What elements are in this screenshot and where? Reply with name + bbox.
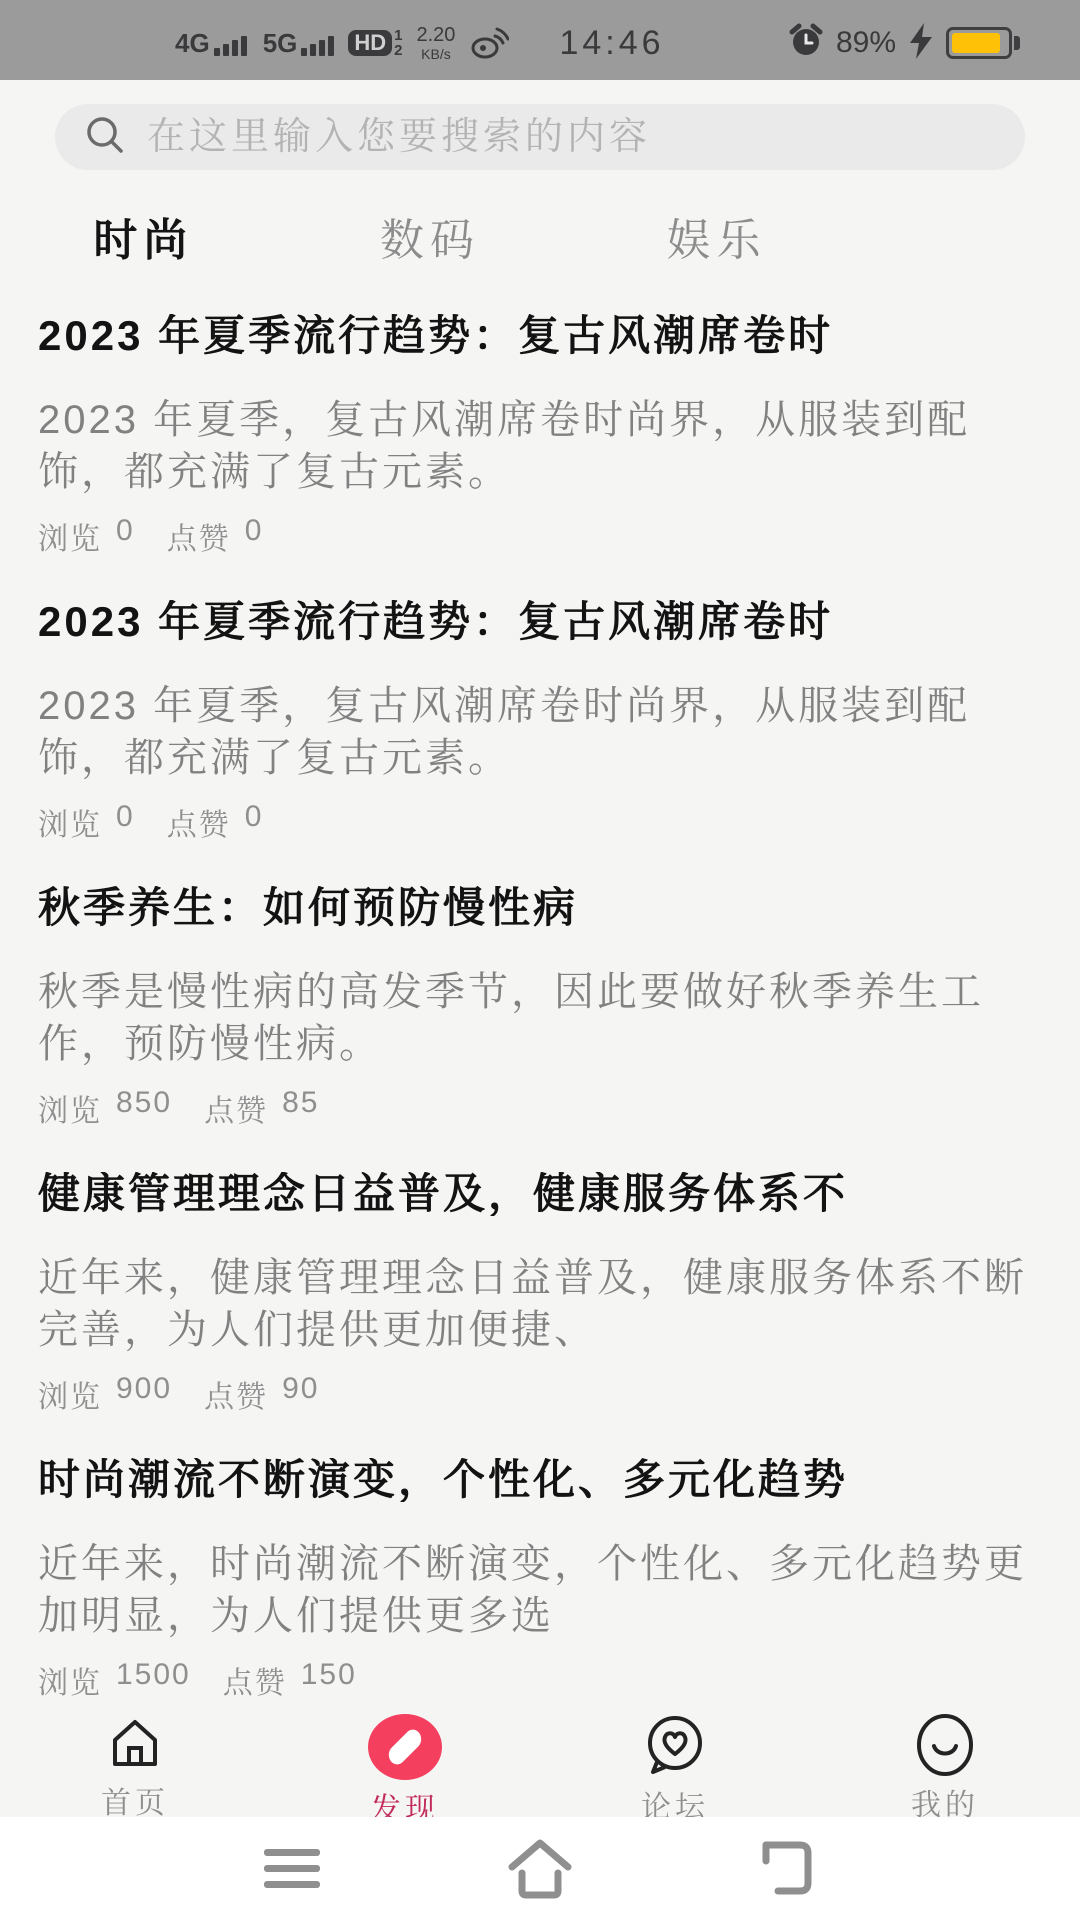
nav-item-discover[interactable]: 发现 [270, 1712, 540, 1817]
article-description: 2023 年夏季，复古风潮席卷时尚界，从服装到配饰，都充满了复古元素。 [38, 680, 1042, 784]
tab-entertainment[interactable]: 娱乐 [573, 204, 860, 268]
views-count: 900 [116, 1372, 172, 1416]
category-tabs: 时尚 数码 娱乐 [0, 204, 860, 268]
search-icon [83, 113, 127, 162]
article-title: 2023 年夏季流行趋势：复古风潮席卷时 [38, 314, 1042, 358]
signal-bars-icon [301, 36, 334, 56]
article-item[interactable]: 时尚潮流不断演变，个性化、多元化趋势 近年来，时尚潮流不断演变，个性化、多元化趋… [38, 1458, 1042, 1702]
article-stats: 浏览0 点赞0 [38, 514, 1042, 558]
status-right-cluster: 89% [788, 23, 1020, 64]
likes-count: 85 [282, 1086, 319, 1130]
hd-volte-icon: HD 1 2 [348, 28, 402, 58]
search-input[interactable] [147, 116, 997, 159]
article-title: 时尚潮流不断演变，个性化、多元化趋势 [38, 1458, 1042, 1502]
status-bar: 4G 5G HD 1 2 2.20 KB/s 14:46 [0, 0, 1080, 80]
article-description: 秋季是慢性病的高发季节，因此要做好秋季养生工作，预防慢性病。 [38, 966, 1042, 1070]
views-count: 1500 [116, 1658, 191, 1702]
nav-item-home[interactable]: 首页 [0, 1712, 270, 1817]
nav-item-profile[interactable]: 我的 [810, 1712, 1080, 1817]
likes-count: 0 [245, 514, 264, 558]
recents-menu-icon[interactable] [256, 1833, 328, 1905]
likes-count: 90 [282, 1372, 319, 1416]
signal-4g: 4G [175, 28, 247, 59]
article-title: 2023 年夏季流行趋势：复古风潮席卷时 [38, 600, 1042, 644]
home-icon [103, 1712, 167, 1776]
network-speed: 2.20 KB/s [417, 25, 456, 61]
back-icon[interactable] [752, 1833, 824, 1905]
tab-digital[interactable]: 数码 [287, 204, 574, 268]
article-title: 秋季养生：如何预防慢性病 [38, 886, 1042, 930]
likes-label: 点赞 [167, 800, 231, 844]
nav-label: 首页 [101, 1778, 169, 1822]
network-5g-label: 5G [263, 28, 298, 59]
tab-fashion[interactable]: 时尚 [0, 204, 287, 268]
article-stats: 浏览1500 点赞150 [38, 1658, 1042, 1702]
forum-icon [641, 1712, 709, 1780]
likes-count: 150 [301, 1658, 357, 1702]
compass-icon [366, 1712, 444, 1782]
likes-label: 点赞 [223, 1658, 287, 1702]
views-label: 浏览 [38, 514, 102, 558]
android-navigation-bar [0, 1817, 1080, 1920]
views-count: 0 [116, 514, 135, 558]
article-description: 2023 年夏季，复古风潮席卷时尚界，从服装到配饰，都充满了复古元素。 [38, 394, 1042, 498]
home-nav-icon[interactable] [504, 1833, 576, 1905]
views-label: 浏览 [38, 1372, 102, 1416]
article-item[interactable]: 健康管理理念日益普及，健康服务体系不 近年来，健康管理理念日益普及，健康服务体系… [38, 1172, 1042, 1416]
network-4g-label: 4G [175, 28, 210, 59]
article-stats: 浏览850 点赞85 [38, 1086, 1042, 1130]
article-description: 近年来，健康管理理念日益普及，健康服务体系不断完善，为人们提供更加便捷、 [38, 1252, 1042, 1356]
search-section [0, 80, 1080, 170]
likes-label: 点赞 [204, 1372, 268, 1416]
article-item[interactable]: 秋季养生：如何预防慢性病 秋季是慢性病的高发季节，因此要做好秋季养生工作，预防慢… [38, 886, 1042, 1130]
likes-label: 点赞 [167, 514, 231, 558]
profile-smiley-icon [912, 1712, 978, 1778]
article-stats: 浏览900 点赞90 [38, 1372, 1042, 1416]
views-label: 浏览 [38, 1086, 102, 1130]
bottom-navigation: 首页 发现 论坛 我的 [0, 1712, 1080, 1817]
views-label: 浏览 [38, 800, 102, 844]
battery-percent-label: 89% [836, 26, 896, 60]
charging-bolt-icon [908, 23, 934, 64]
article-stats: 浏览0 点赞0 [38, 800, 1042, 844]
signal-5g: 5G [263, 28, 335, 59]
article-item[interactable]: 2023 年夏季流行趋势：复古风潮席卷时 2023 年夏季，复古风潮席卷时尚界，… [38, 314, 1042, 558]
nav-item-forum[interactable]: 论坛 [540, 1712, 810, 1817]
views-label: 浏览 [38, 1658, 102, 1702]
article-item[interactable]: 2023 年夏季流行趋势：复古风潮席卷时 2023 年夏季，复古风潮席卷时尚界，… [38, 600, 1042, 844]
likes-label: 点赞 [204, 1086, 268, 1130]
battery-fill [952, 33, 1000, 53]
status-time: 14:46 [559, 24, 664, 63]
views-count: 850 [116, 1086, 172, 1130]
alarm-icon [788, 23, 824, 64]
article-title: 健康管理理念日益普及，健康服务体系不 [38, 1172, 1042, 1216]
article-description: 近年来，时尚潮流不断演变，个性化、多元化趋势更加明显，为人们提供更多选 [38, 1538, 1042, 1642]
weibo-icon [469, 26, 509, 60]
signal-bars-icon [214, 36, 247, 56]
battery-icon [946, 27, 1020, 59]
likes-count: 0 [245, 800, 264, 844]
search-bar[interactable] [55, 104, 1025, 170]
views-count: 0 [116, 800, 135, 844]
article-list: 2023 年夏季流行趋势：复古风潮席卷时 2023 年夏季，复古风潮席卷时尚界，… [0, 268, 1080, 1789]
